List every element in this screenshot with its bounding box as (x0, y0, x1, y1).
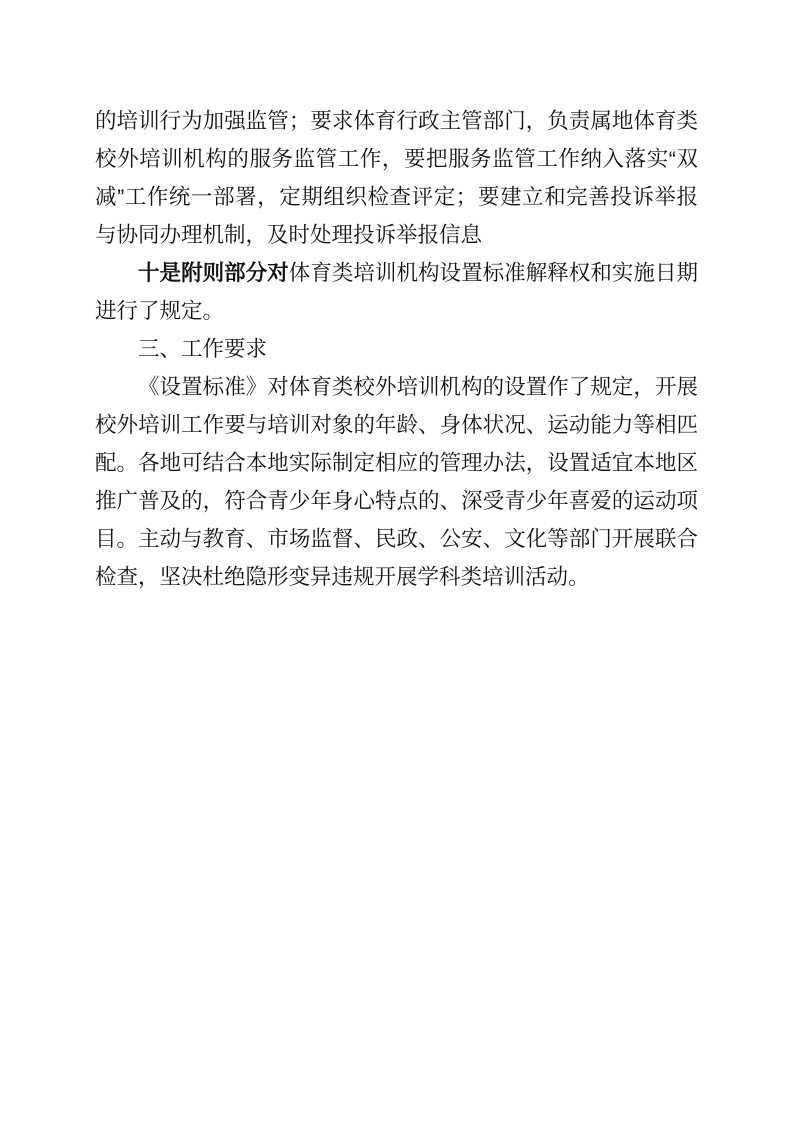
bold-text-segment: 十是附则部分对 (138, 261, 289, 285)
paragraph-item-ten-appendix: 十是附则部分对体育类培训机构设置标准解释权和实施日期进行了规定。 (95, 254, 698, 330)
text-line: 的培训行为加强监管；要求体育行政主管部门，负责属地体育类 (95, 102, 698, 140)
text-line: 推广普及的，符合青少年身心特点的、深受青少年喜爱的运动项 (95, 482, 698, 520)
text-line: 检查，坚决杜绝隐形变异违规开展学科类培训活动。 (95, 558, 698, 596)
text-segment: 三、工作要求 (138, 337, 267, 361)
text-line: 与协同办理机制，及时处理投诉举报信息 (95, 216, 698, 254)
text-segment: 推广普及的，符合青少年身心特点的、深受青少年喜爱的运动项 (95, 489, 698, 513)
text-segment: 体育类培训机构设置标准解释权和实施日期 (289, 261, 698, 285)
paragraph-work-requirements-body: 《设置标准》对体育类校外培训机构的设置作了规定，开展校外培训工作要与培训对象的年… (95, 368, 698, 596)
text-segment: 的培训行为加强监管；要求体育行政主管部门，负责属地体育类 (95, 109, 698, 133)
text-segment: 校外培训机构的服务监管工作，要把服务监管工作纳入落实“双 (95, 147, 698, 171)
text-segment: 目。主动与教育、市场监督、民政、公安、文化等部门开展联合 (95, 527, 698, 551)
paragraph-section-heading-three: 三、工作要求 (95, 330, 698, 368)
text-segment: 进行了规定。 (95, 299, 224, 323)
text-line: 目。主动与教育、市场监督、民政、公安、文化等部门开展联合 (95, 520, 698, 558)
text-line: 校外培训机构的服务监管工作，要把服务监管工作纳入落实“双 (95, 140, 698, 178)
text-segment: 配。各地可结合本地实际制定相应的管理办法，设置适宜本地区 (95, 451, 698, 475)
text-line: 三、工作要求 (95, 330, 698, 368)
text-line: 校外培训工作要与培训对象的年龄、身体状况、运动能力等相匹 (95, 406, 698, 444)
text-line: 配。各地可结合本地实际制定相应的管理办法，设置适宜本地区 (95, 444, 698, 482)
text-segment: 校外培训工作要与培训对象的年龄、身体状况、运动能力等相匹 (95, 413, 698, 437)
text-line: 《设置标准》对体育类校外培训机构的设置作了规定，开展 (95, 368, 698, 406)
text-segment: 检查，坚决杜绝隐形变异违规开展学科类培训活动。 (95, 565, 590, 589)
text-line: 进行了规定。 (95, 292, 698, 330)
text-segment: 与协同办理机制，及时处理投诉举报信息 (95, 223, 482, 247)
document-page: 的培训行为加强监管；要求体育行政主管部门，负责属地体育类校外培训机构的服务监管工… (0, 0, 793, 1122)
document-body: 的培训行为加强监管；要求体育行政主管部门，负责属地体育类校外培训机构的服务监管工… (95, 102, 698, 596)
text-line: 减”工作统一部署，定期组织检查评定；要建立和完善投诉举报 (95, 178, 698, 216)
paragraph-body-continuation: 的培训行为加强监管；要求体育行政主管部门，负责属地体育类校外培训机构的服务监管工… (95, 102, 698, 254)
text-segment: 《设置标准》对体育类校外培训机构的设置作了规定，开展 (138, 375, 698, 399)
text-segment: 减”工作统一部署，定期组织检查评定；要建立和完善投诉举报 (95, 185, 698, 209)
text-line: 十是附则部分对体育类培训机构设置标准解释权和实施日期 (95, 254, 698, 292)
